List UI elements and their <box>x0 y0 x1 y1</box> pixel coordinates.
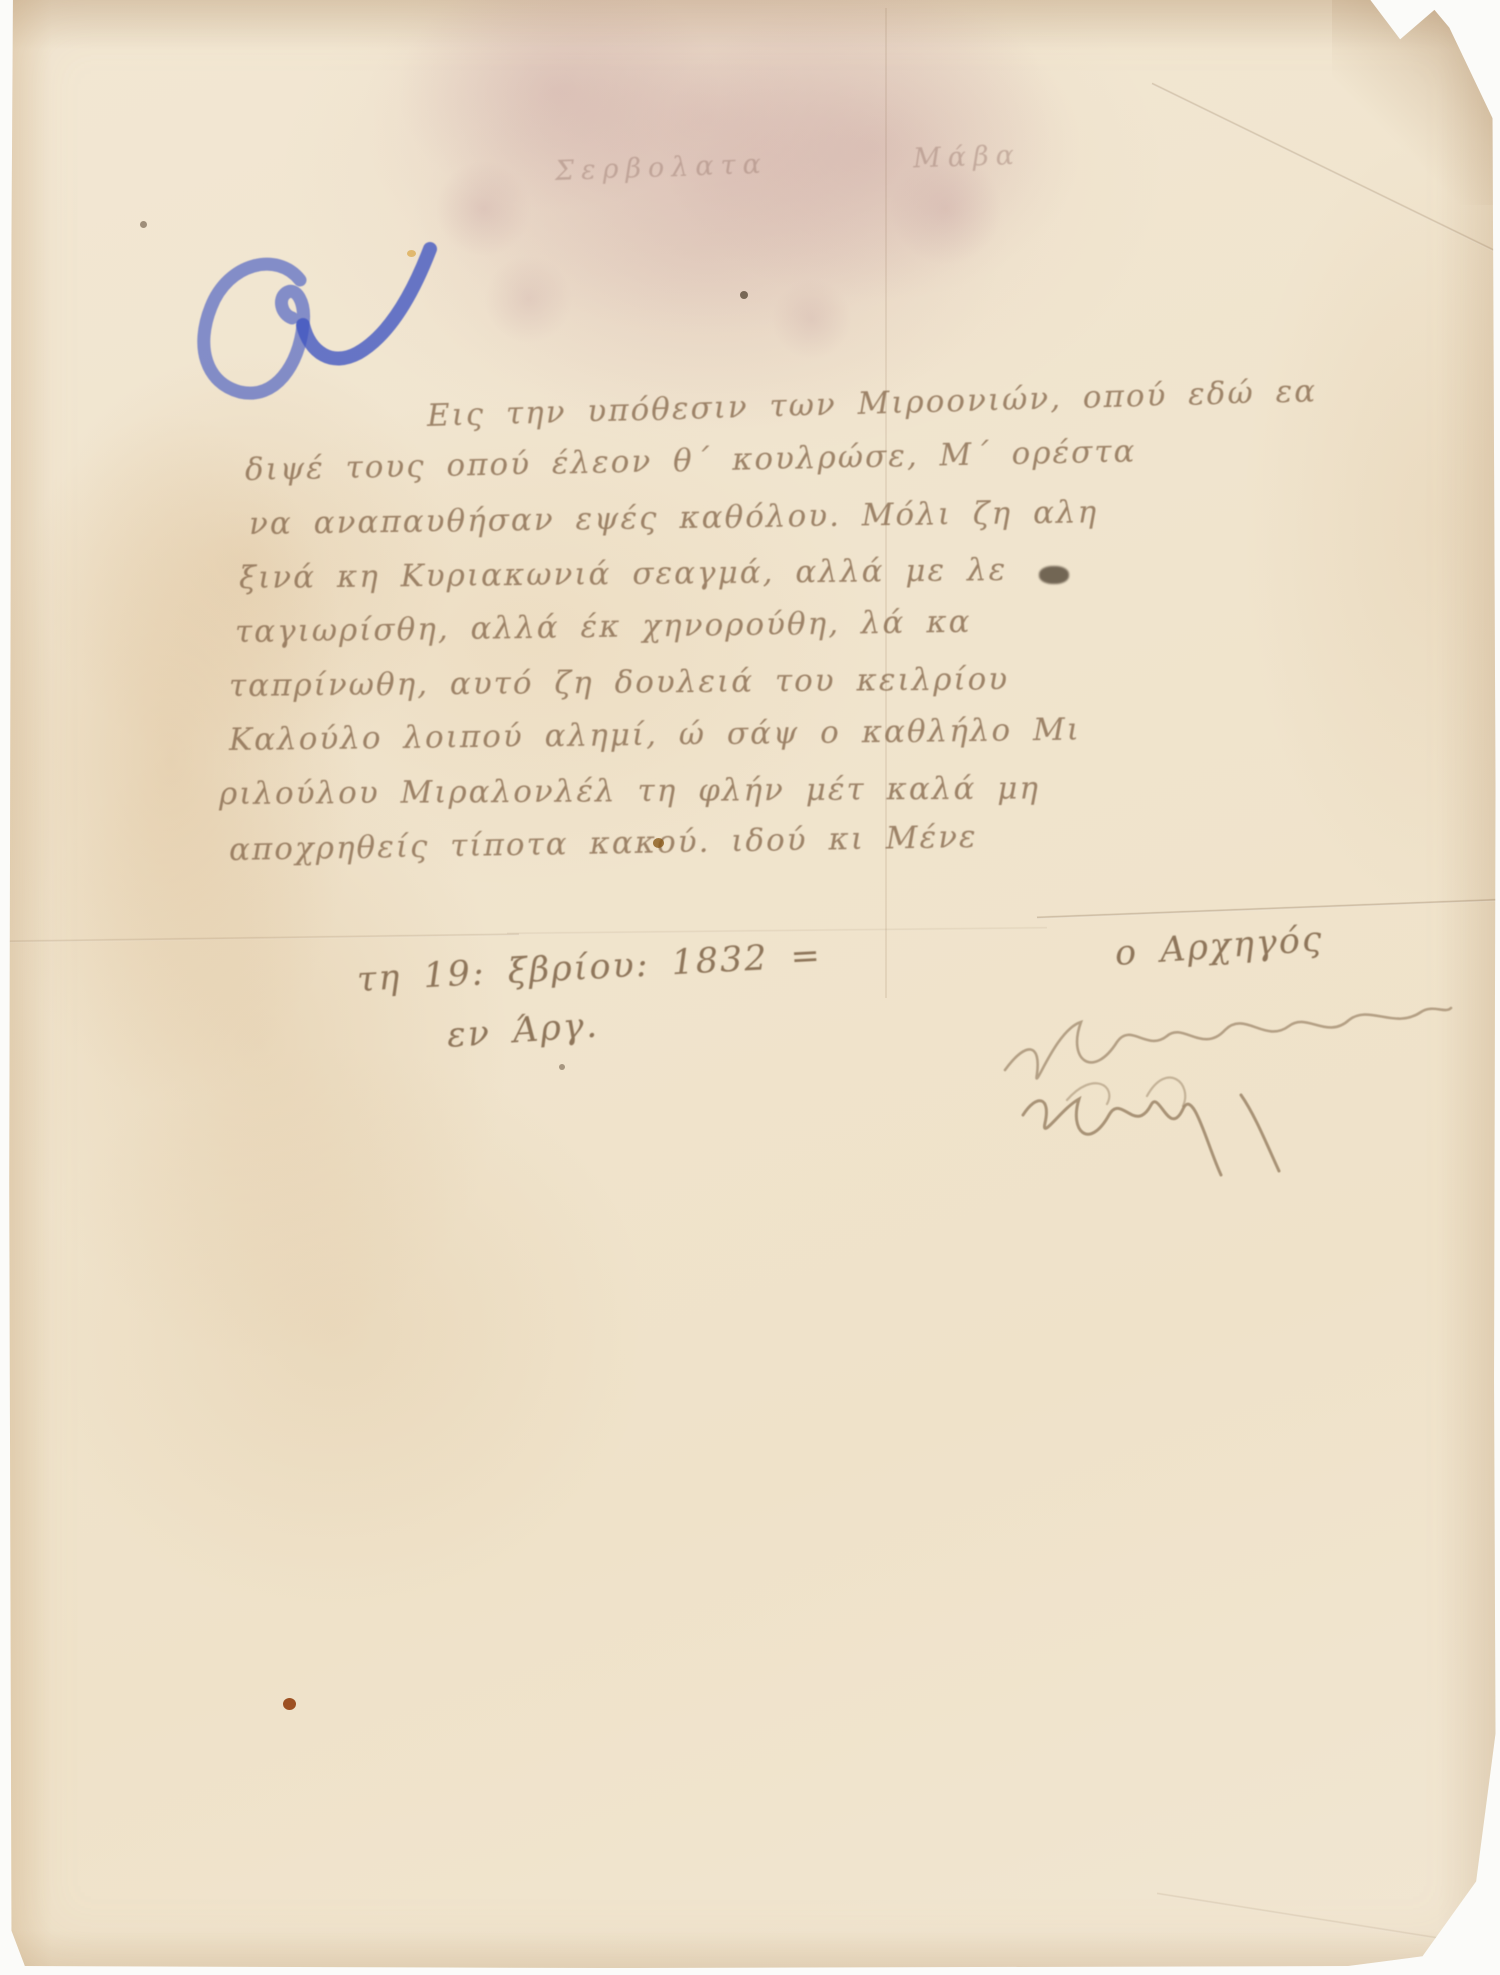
horizontal-fold-crease <box>1037 898 1500 919</box>
manuscript-line: ταγιωρίσθη, αλλά έκ χηνορούθη, λά κα <box>235 604 972 650</box>
header-inscription: Σερβολατα Μάβα <box>554 140 1021 187</box>
manuscript-line: διψέ τους οπού έλεον θ΄ κουλρώσε, Μ΄ ορέ… <box>245 433 1137 488</box>
manuscript-line: να αναπαυθήσαν εψές καθόλου. Μόλι ζη αλη <box>249 494 1099 542</box>
manuscript-line: αποχρηθείς τίποτα κακού. ιδού κι Μένε <box>229 819 978 868</box>
blue-crayon-mark-alpha <box>182 225 452 415</box>
manuscript-line: ριλούλου Μιραλονλέλ τη φλήν μέτ καλά μη <box>219 770 1040 812</box>
manuscript-line: Εις την υπόθεσιν των Μιροονιών, οπού εδώ… <box>426 373 1317 434</box>
signature-scrawl <box>1017 1075 1297 1215</box>
corner-crease <box>1151 82 1500 256</box>
fox-spot <box>740 291 748 299</box>
manuscript-line: ξινά κη Κυριακωνιά σεαγμά, αλλά με λε <box>239 552 1008 596</box>
bottom-crease <box>1157 1892 1500 1951</box>
fox-spot <box>559 1064 565 1070</box>
signatory-title: ο Αρχηγός <box>1114 919 1325 973</box>
place-line: εν Άργ. <box>446 1005 601 1056</box>
manuscript-line: ταπρίνωθη, αυτό ζη δουλειά του κειλρίου <box>229 661 1009 704</box>
fox-spot <box>140 221 147 228</box>
rust-spot <box>283 1698 296 1710</box>
scanned-manuscript-page: Σερβολατα Μάβα α Εις την υπόθεσιν των Μι… <box>0 0 1500 1975</box>
horizontal-fold-crease <box>0 933 519 943</box>
horizontal-fold-crease <box>507 926 1047 935</box>
folded-corner-shading <box>1332 0 1497 205</box>
ink-blot <box>1039 566 1069 584</box>
manuscript-line: Καλούλο λοιπού αλημί, ώ σάψ ο καθλήλο Μι <box>229 712 1081 758</box>
date-line: τη 19: ξβρίου: 1832 = <box>356 936 823 1000</box>
paper-sheet: Σερβολατα Μάβα α Εις την υπόθεσιν των Μι… <box>7 0 1497 1970</box>
